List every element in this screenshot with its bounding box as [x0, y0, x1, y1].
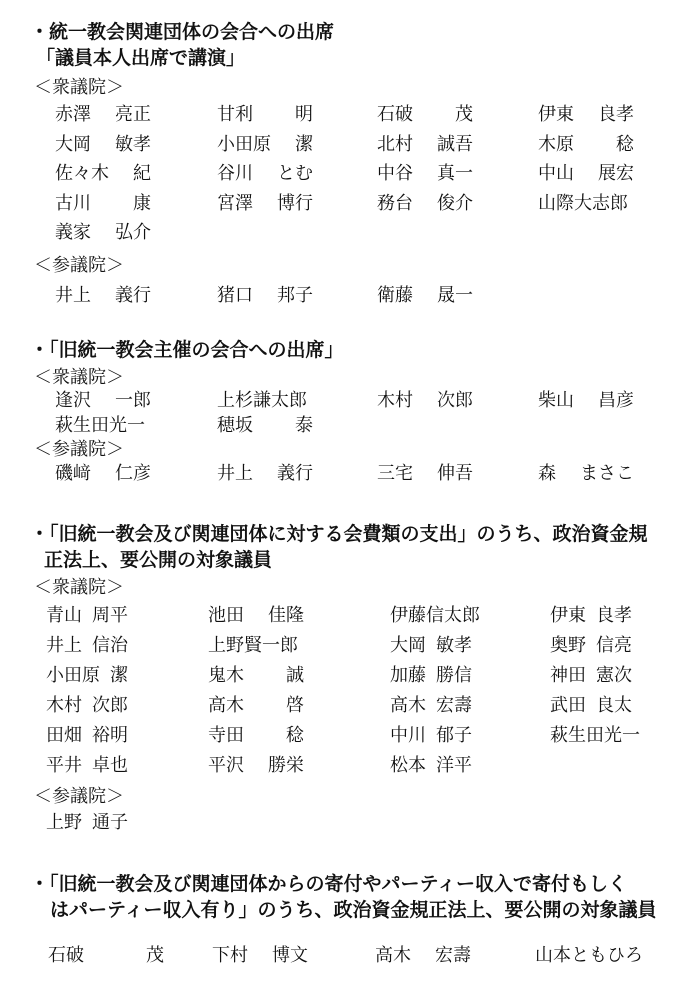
- member-name: 中川郁子: [390, 724, 426, 748]
- member-family-name: 逢沢: [55, 389, 91, 413]
- section2-representatives-label: ＜衆議院＞: [34, 366, 124, 390]
- member-family-name: 池田: [208, 604, 244, 628]
- member-family-name: 下村: [212, 944, 248, 968]
- member-given-name: 茂: [455, 103, 473, 127]
- member-given-name: まさこ: [580, 462, 634, 486]
- member-given-name: 稔: [616, 133, 634, 157]
- member-name: 高木宏壽: [390, 694, 426, 718]
- member-name: 森まさこ: [538, 462, 556, 486]
- member-name: 寺田稔: [208, 724, 244, 748]
- section1-title: ・統一教会関連団体の会合への出席: [30, 20, 334, 44]
- member-given-name: 昌彦: [598, 389, 634, 413]
- member-given-name: 勝栄: [268, 754, 304, 778]
- member-name: 北村誠吾: [377, 133, 413, 157]
- member-name: 宮澤博行: [217, 192, 253, 216]
- member-given-name: 稔: [286, 724, 304, 748]
- member-given-name: 敏孝: [436, 634, 472, 658]
- member-name: 中谷真一: [377, 162, 413, 186]
- member-name: 石破茂: [48, 944, 84, 968]
- member-family-name: 柴山: [538, 389, 574, 413]
- member-family-name: 上野賢一郎: [208, 634, 298, 658]
- member-name: 務台俊介: [377, 192, 413, 216]
- member-given-name: 潔: [295, 133, 313, 157]
- section3-title-line1: ・「旧統一教会及び関連団体に対する会費類の支出」のうち、政治資金規: [30, 522, 648, 546]
- member-name: 義家弘介: [55, 221, 91, 245]
- member-name: 伊藤信太郎: [390, 604, 480, 628]
- member-name: 井上信治: [46, 634, 82, 658]
- member-family-name: 奥野: [550, 634, 586, 658]
- member-given-name: 亮正: [115, 103, 151, 127]
- member-name: 甘利明: [217, 103, 253, 127]
- member-name: 小田原潔: [217, 133, 271, 157]
- member-name: 木原稔: [538, 133, 574, 157]
- member-name: 井上義行: [55, 284, 91, 308]
- member-family-name: 山際大志郎: [538, 192, 628, 216]
- member-family-name: 衛藤: [377, 284, 413, 308]
- member-family-name: 甘利: [217, 103, 253, 127]
- member-family-name: 中川: [390, 724, 426, 748]
- member-name: 佐々木紀: [55, 162, 109, 186]
- member-given-name: 泰: [295, 414, 313, 438]
- member-given-name: 康: [133, 192, 151, 216]
- member-given-name: 憲次: [596, 664, 632, 688]
- member-given-name: 義行: [277, 462, 313, 486]
- member-family-name: 高木: [390, 694, 426, 718]
- member-family-name: 平井: [46, 754, 82, 778]
- section1-representatives-label: ＜衆議院＞: [34, 76, 124, 100]
- section4-title-line2: はパーティー収入有り」のうち、政治資金規正法上、要公開の対象議員: [50, 898, 656, 922]
- member-given-name: 潔: [110, 664, 128, 688]
- member-family-name: 穂坂: [217, 414, 253, 438]
- member-given-name: 邦子: [277, 284, 313, 308]
- member-given-name: 勝信: [436, 664, 472, 688]
- member-given-name: 紀: [133, 162, 151, 186]
- member-name: 木村次郎: [377, 389, 413, 413]
- member-name: 上杉謙太郎: [217, 389, 307, 413]
- member-given-name: 晟一: [437, 284, 473, 308]
- member-given-name: 仁彦: [115, 462, 151, 486]
- member-name: 高木啓: [208, 694, 244, 718]
- member-name: 武田良太: [550, 694, 586, 718]
- member-family-name: 三宅: [377, 462, 413, 486]
- member-family-name: 古川: [55, 192, 91, 216]
- member-name: 平井卓也: [46, 754, 82, 778]
- member-given-name: 伸吾: [437, 462, 473, 486]
- member-given-name: 敏孝: [115, 133, 151, 157]
- member-name: 三宅伸吾: [377, 462, 413, 486]
- section1-subtitle: 「議員本人出席で講演」: [36, 46, 245, 70]
- member-family-name: 小田原: [217, 133, 271, 157]
- section3-representatives-label: ＜衆議院＞: [34, 576, 124, 600]
- member-family-name: 萩生田光一: [550, 724, 640, 748]
- member-given-name: 洋平: [436, 754, 472, 778]
- member-family-name: 義家: [55, 221, 91, 245]
- member-given-name: 誠吾: [437, 133, 473, 157]
- member-name: 柴山昌彦: [538, 389, 574, 413]
- member-name: 萩生田光一: [550, 724, 640, 748]
- member-family-name: 猪口: [217, 284, 253, 308]
- member-name: 谷川とむ: [217, 162, 253, 186]
- section4-title-line1: ・「旧統一教会及び関連団体からの寄付やパーティー収入で寄付もしく: [30, 872, 627, 896]
- member-family-name: 佐々木: [55, 162, 109, 186]
- member-family-name: 青山: [46, 604, 82, 628]
- member-name: 上野賢一郎: [208, 634, 298, 658]
- member-given-name: 誠: [286, 664, 304, 688]
- member-name: 中山展宏: [538, 162, 574, 186]
- member-family-name: 中谷: [377, 162, 413, 186]
- member-given-name: 卓也: [92, 754, 128, 778]
- member-given-name: 一郎: [115, 389, 151, 413]
- member-family-name: 井上: [55, 284, 91, 308]
- member-name: 逢沢一郎: [55, 389, 91, 413]
- member-given-name: 啓: [286, 694, 304, 718]
- member-family-name: 井上: [217, 462, 253, 486]
- member-given-name: 通子: [92, 811, 128, 835]
- section3-title-line2: 正法上、要公開の対象議員: [44, 548, 272, 572]
- member-name: 高木宏壽: [375, 944, 411, 968]
- member-name: 磯﨑仁彦: [55, 462, 91, 486]
- member-given-name: 信治: [92, 634, 128, 658]
- member-family-name: 石破: [377, 103, 413, 127]
- member-name: 鬼木誠: [208, 664, 244, 688]
- member-family-name: 山本ともひろ: [535, 944, 643, 968]
- member-given-name: 良孝: [596, 604, 632, 628]
- member-name: 萩生田光一: [55, 414, 145, 438]
- member-family-name: 伊東: [550, 604, 586, 628]
- member-given-name: 佳隆: [268, 604, 304, 628]
- member-name: 伊東良孝: [538, 103, 574, 127]
- member-given-name: 宏壽: [435, 944, 471, 968]
- member-family-name: 赤澤: [55, 103, 91, 127]
- member-name: 松本洋平: [390, 754, 426, 778]
- member-given-name: 博行: [277, 192, 313, 216]
- section1-councillors-label: ＜参議院＞: [34, 254, 124, 278]
- member-given-name: 良太: [596, 694, 632, 718]
- member-given-name: 裕明: [92, 724, 128, 748]
- member-given-name: 弘介: [115, 221, 151, 245]
- member-name: 奥野信亮: [550, 634, 586, 658]
- member-family-name: 務台: [377, 192, 413, 216]
- member-family-name: 武田: [550, 694, 586, 718]
- member-name: 大岡敏孝: [55, 133, 91, 157]
- member-name: 加藤勝信: [390, 664, 426, 688]
- member-family-name: 井上: [46, 634, 82, 658]
- member-name: 伊東良孝: [550, 604, 586, 628]
- member-name: 大岡敏孝: [390, 634, 426, 658]
- member-name: 田畑裕明: [46, 724, 82, 748]
- member-given-name: 真一: [437, 162, 473, 186]
- member-given-name: 俊介: [437, 192, 473, 216]
- member-family-name: 上杉謙太郎: [217, 389, 307, 413]
- member-given-name: 明: [295, 103, 313, 127]
- member-given-name: 展宏: [598, 162, 634, 186]
- member-family-name: 小田原: [46, 664, 100, 688]
- member-family-name: 木原: [538, 133, 574, 157]
- member-name: 下村博文: [212, 944, 248, 968]
- member-family-name: 谷川: [217, 162, 253, 186]
- member-family-name: 大岡: [390, 634, 426, 658]
- member-name: 猪口邦子: [217, 284, 253, 308]
- member-family-name: 田畑: [46, 724, 82, 748]
- member-family-name: 北村: [377, 133, 413, 157]
- member-name: 小田原潔: [46, 664, 100, 688]
- member-family-name: 宮澤: [217, 192, 253, 216]
- member-name: 石破茂: [377, 103, 413, 127]
- member-family-name: 中山: [538, 162, 574, 186]
- member-family-name: 木村: [46, 694, 82, 718]
- section3-councillors-label: ＜参議院＞: [34, 785, 124, 809]
- member-family-name: 森: [538, 462, 556, 486]
- member-name: 衛藤晟一: [377, 284, 413, 308]
- member-family-name: 大岡: [55, 133, 91, 157]
- member-given-name: 良孝: [598, 103, 634, 127]
- member-family-name: 萩生田光一: [55, 414, 145, 438]
- member-name: 青山周平: [46, 604, 82, 628]
- member-name: 穂坂泰: [217, 414, 253, 438]
- member-family-name: 神田: [550, 664, 586, 688]
- member-given-name: 宏壽: [436, 694, 472, 718]
- member-given-name: 郁子: [436, 724, 472, 748]
- member-family-name: 磯﨑: [55, 462, 91, 486]
- member-family-name: 平沢: [208, 754, 244, 778]
- member-family-name: 加藤: [390, 664, 426, 688]
- member-name: 赤澤亮正: [55, 103, 91, 127]
- member-family-name: 鬼木: [208, 664, 244, 688]
- member-family-name: 高木: [375, 944, 411, 968]
- member-given-name: 義行: [115, 284, 151, 308]
- member-family-name: 高木: [208, 694, 244, 718]
- member-given-name: 周平: [92, 604, 128, 628]
- member-given-name: 信亮: [596, 634, 632, 658]
- member-given-name: 次郎: [92, 694, 128, 718]
- member-family-name: 上野: [46, 811, 82, 835]
- member-family-name: 寺田: [208, 724, 244, 748]
- member-family-name: 木村: [377, 389, 413, 413]
- member-name: 山本ともひろ: [535, 944, 643, 968]
- member-family-name: 松本: [390, 754, 426, 778]
- member-name: 池田佳隆: [208, 604, 244, 628]
- section2-councillors-label: ＜参議院＞: [34, 438, 124, 462]
- member-name: 神田憲次: [550, 664, 586, 688]
- member-name: 古川康: [55, 192, 91, 216]
- member-given-name: 茂: [146, 944, 164, 968]
- member-name: 木村次郎: [46, 694, 82, 718]
- member-name: 山際大志郎: [538, 192, 628, 216]
- member-family-name: 石破: [48, 944, 84, 968]
- member-name: 上野通子: [46, 811, 82, 835]
- member-name: 平沢勝栄: [208, 754, 244, 778]
- section2-title: ・「旧統一教会主催の会合への出席」: [30, 338, 344, 362]
- member-given-name: 博文: [272, 944, 308, 968]
- member-given-name: 次郎: [437, 389, 473, 413]
- member-family-name: 伊藤信太郎: [390, 604, 480, 628]
- member-name: 井上義行: [217, 462, 253, 486]
- member-given-name: とむ: [277, 162, 313, 186]
- member-family-name: 伊東: [538, 103, 574, 127]
